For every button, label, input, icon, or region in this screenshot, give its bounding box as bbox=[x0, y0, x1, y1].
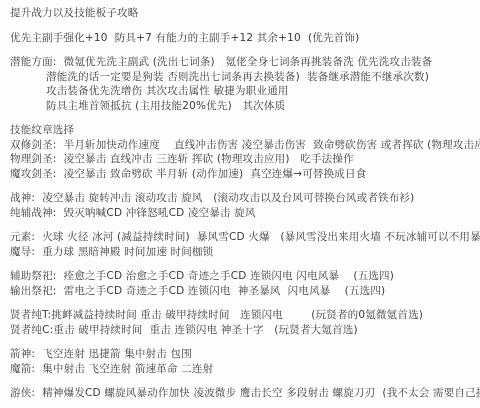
text-line-support-priest: 辅助祭祀: 痊愈之手CD 治愈之手CD 奇迹之手CD 连锁闪电 闪电风暴 (五选… bbox=[10, 269, 480, 284]
text-line-magic-swordmaster: 魔攻剑圣: 凌空暴击 致命劈砍 半月斩 (动作加速) 真空连爆→可替换成日食 bbox=[10, 167, 480, 182]
section-title-emblem: 技能纹章选择 bbox=[10, 123, 480, 138]
text-line-potential-note2: 攻击装备优先洗增伤 其次攻击属性 敏捷为职业通用 bbox=[10, 84, 480, 99]
text-line-bowmaster: 箭神: 飞空连射 迅捷箭 集中射击 包围 bbox=[10, 347, 480, 362]
text-line-hybrid-swordmaster: 双修剑圣: 半月斩加快动作速度 直线冲击伤害 凌空暴击伤害 致命劈砍伤害 或者挥… bbox=[10, 138, 480, 153]
text-line-elementalist: 元素: 火球 火径 冰河 (减益持续时间) 暴风雪CD 火爆 (暴风雪没出来用火… bbox=[10, 230, 480, 245]
text-line-enhance-priority: 优先主副手强化+10 防具+7 有能力的主副手+12 其余+10 (优先首饰) bbox=[10, 31, 480, 46]
text-line-physical-swordmaster: 物理剑圣: 凌空暴击 直线冲击 三连斩 挥砍 (物理攻击应用) 吃手法操作 bbox=[10, 152, 480, 167]
text-line-magic-archer: 魔箭: 集中射击 飞空连射 箭速革命 二连射 bbox=[10, 362, 480, 377]
text-line-support-warlord: 纯辅战神: 毁灭呐喊CD 冲锋怒吼CD 凌空暴击 旋风 bbox=[10, 206, 480, 221]
doc-title: 提升战力以及技能板子攻略 bbox=[10, 6, 480, 21]
text-line-magician: 魔导: 重力球 黑暗神殿 时间加速 时间枷锁 bbox=[10, 245, 480, 260]
guide-document: 提升战力以及技能板子攻略 优先主副手强化+10 防具+7 有能力的主副手+12 … bbox=[0, 0, 480, 408]
text-line-dps-priest: 输出祭祀: 雷电之手CD 奇迹之手CD 连锁闪电 神圣暴风 闪电风暴 (五选四) bbox=[10, 284, 480, 299]
text-line-potential-note1: 潜能洗的话一定要是狗装 否则洗出七词条再去换装备) 装备继承潜能不继承次数) bbox=[10, 70, 480, 85]
text-line-sage-dps: 贤者纯C:重击 破甲持续时间 重击 连锁闪电 神圣十字 (玩贤者大氪首选) bbox=[10, 323, 480, 338]
text-line-sage-tank: 贤者纯T:挑衅减益持续时间 重击 破甲持续时间 连锁闪电 (玩贤者的0氪微氪首选… bbox=[10, 308, 480, 323]
text-line-potential-header: 潜能方面: 微氪优先洗主副武 (洗出七词条) 氪佬全身七词条再挑装备洗 优先洗攻… bbox=[10, 55, 480, 70]
text-line-warlord: 战神: 凌空暴击 旋转冲击 滚动攻击 旋风 (滚动攻击以及台风可替换台风或者铁布… bbox=[10, 191, 480, 206]
text-line-ranger: 游侠: 精神爆发CD 螺旋风暴动作加快 凌波微步 鹰击长空 多段射击 螺旋刀刃 … bbox=[10, 386, 480, 401]
text-line-potential-note3: 防具主堆首领抵抗 (主用技能20%优先) 其次体质 bbox=[10, 99, 480, 114]
